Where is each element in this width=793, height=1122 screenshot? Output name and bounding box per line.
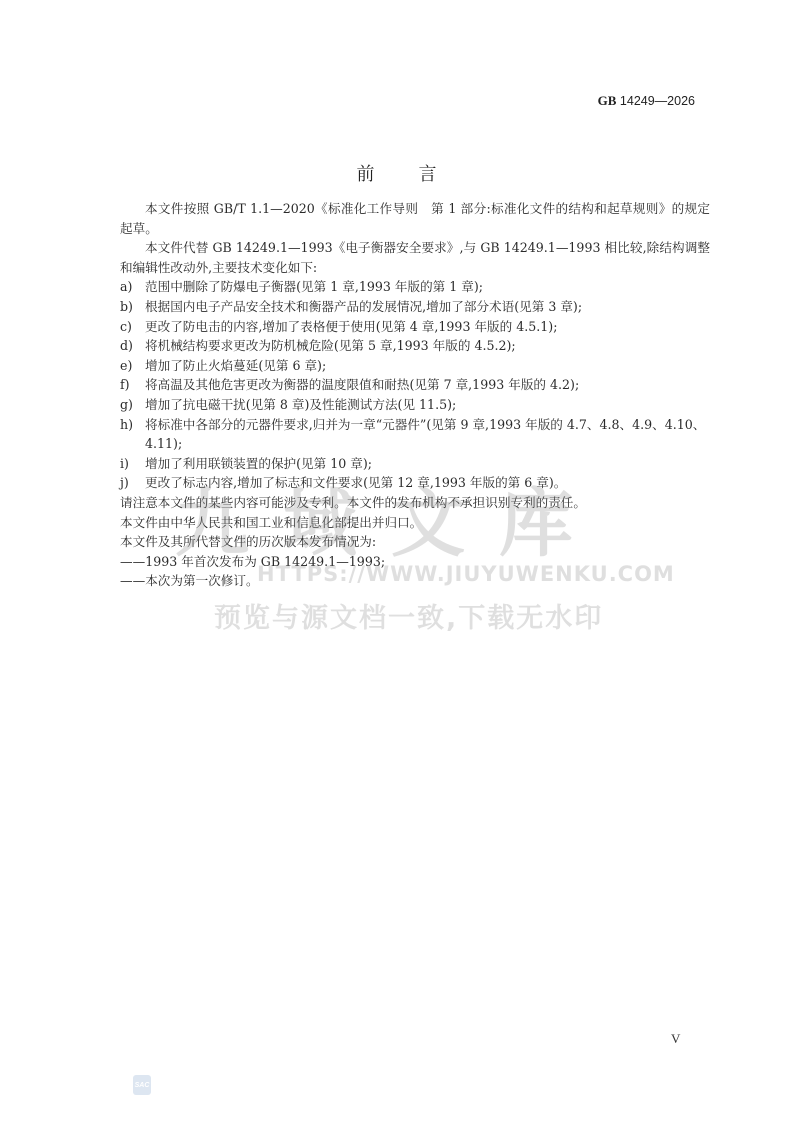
list-item: h)将标准中各部分的元器件要求,归并为一章“元器件”(见第 9 章,1993 年… xyxy=(120,415,710,454)
list-item: f)将高温及其他危害更改为衡器的温度限值和耐热(见第 7 章,1993 年版的 … xyxy=(120,375,710,395)
list-item: c)更改了防电击的内容,增加了表格便于使用(见第 4 章,1993 年版的 4.… xyxy=(120,317,710,337)
patent-notice: 请注意本文件的某些内容可能涉及专利。本文件的发布机构不承担识别专利的责任。 xyxy=(120,493,710,513)
page-title: 前言 xyxy=(0,160,793,186)
title-char-2: 言 xyxy=(419,160,437,186)
list-item: b)根据国内电子产品安全技术和衡器产品的发展情况,增加了部分术语(见第 3 章)… xyxy=(120,297,710,317)
standard-code-header: GB 14249—2026 xyxy=(598,93,695,109)
page-number: V xyxy=(671,1031,680,1047)
replacement-paragraph: 本文件代替 GB 14249.1—1993《电子衡器安全要求》,与 GB 142… xyxy=(120,238,710,277)
list-item: j)更改了标志内容,增加了标志和文件要求(见第 12 章,1993 年版的第 6… xyxy=(120,473,710,493)
list-item: e)增加了防止火焰蔓延(见第 6 章); xyxy=(120,356,710,376)
standard-number: 14249—2026 xyxy=(616,94,695,108)
watermark-note: 预览与源文档一致,下载无水印 xyxy=(214,596,603,635)
title-char-1: 前 xyxy=(357,160,375,186)
list-item: g)增加了抗电磁干扰(见第 8 章)及性能测试方法(见 11.5); xyxy=(120,395,710,415)
list-item: i)增加了利用联锁装置的保护(见第 10 章); xyxy=(120,454,710,474)
standard-prefix: GB xyxy=(598,93,617,108)
list-item: d)将机械结构要求更改为防机械危险(见第 5 章,1993 年版的 4.5.2)… xyxy=(120,336,710,356)
foreword-body: 本文件按照 GB/T 1.1—2020《标准化工作导则 第 1 部分:标准化文件… xyxy=(120,199,710,591)
drafting-rule-paragraph: 本文件按照 GB/T 1.1—2020《标准化工作导则 第 1 部分:标准化文件… xyxy=(120,199,710,238)
history-item: ——本次为第一次修订。 xyxy=(120,571,710,591)
history-item: ——1993 年首次发布为 GB 14249.1—1993; xyxy=(120,552,710,572)
technical-changes-list: a)范围中删除了防爆电子衡器(见第 1 章,1993 年版的第 1 章); b)… xyxy=(120,277,710,493)
history-intro: 本文件及其所代替文件的历次版本发布情况为: xyxy=(120,532,710,552)
proposer-statement: 本文件由中华人民共和国工业和信息化部提出并归口。 xyxy=(120,513,710,533)
sac-logo-icon: SAC xyxy=(133,1075,151,1095)
list-item: a)范围中删除了防爆电子衡器(见第 1 章,1993 年版的第 1 章); xyxy=(120,277,710,297)
